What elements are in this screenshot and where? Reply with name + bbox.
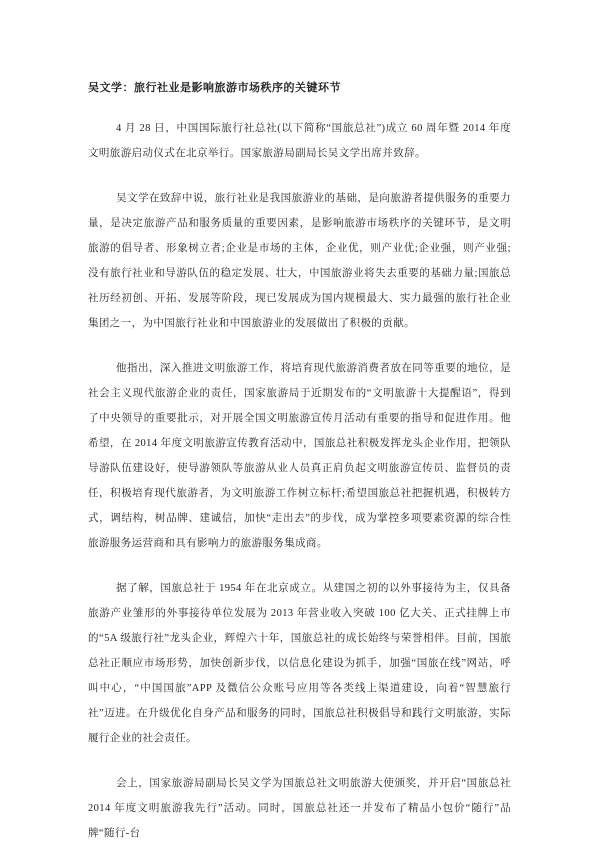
paragraph-civilized-tourism: 他指出，深入推进文明旅游工作，将培育现代旅游消费者放在同等重要的地位，是社会主义… [88,356,511,556]
article-title: 吴文学：旅行社业是影响旅游市场秩序的关键环节 [88,76,511,101]
paragraph-intro: 4 月 28 日，中国国际旅行社总社(以下简称“国旅总社”)成立 60 周年暨 … [88,116,511,166]
paragraph-cits-history: 据了解，国旅总社于 1954 年在北京成立。从建国之初的以外事接待为主，仅具备旅… [88,576,511,751]
paragraph-award-ceremony: 会上，国家旅游局副局长吴文学为国旅总社文明旅游大使颁奖，并开启“国旅总社 201… [88,771,511,842]
document-page: 吴文学：旅行社业是影响旅游市场秩序的关键环节 4 月 28 日，中国国际旅行社总… [0,0,595,842]
paragraph-speech-summary: 吴文学在致辞中说，旅行社业是我国旅游业的基础，是向旅游者提供服务的重要力量，是决… [88,186,511,336]
